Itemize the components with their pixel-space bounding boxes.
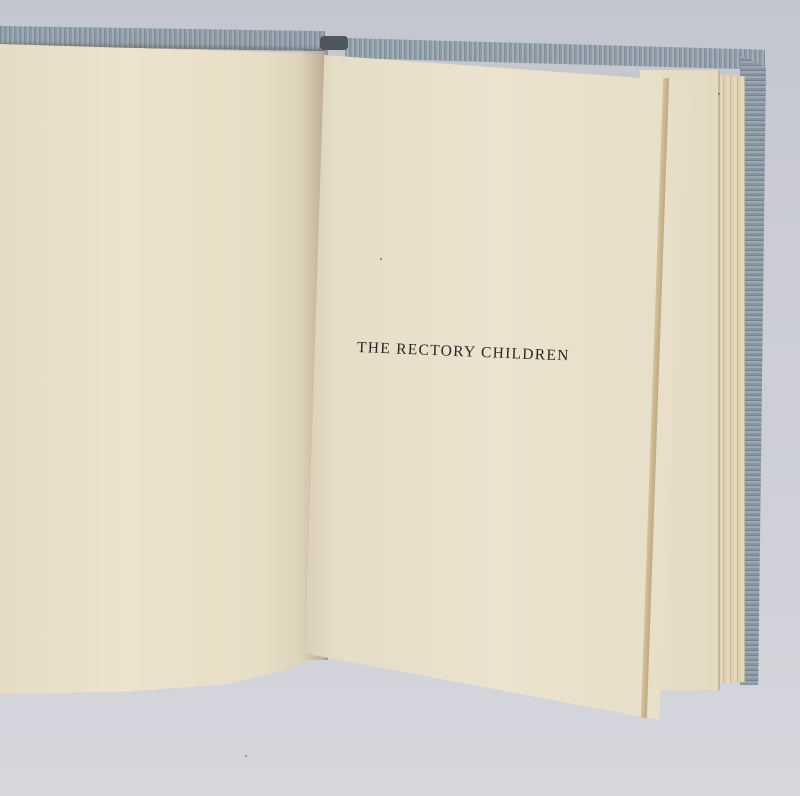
paper-speck <box>380 258 382 260</box>
half-title-page <box>305 55 690 720</box>
surface-speck <box>245 755 247 757</box>
paper-speck <box>718 93 720 95</box>
book-photo: THE RECTORY CHILDREN <box>0 0 800 796</box>
spine-headband <box>320 36 348 50</box>
left-blank-page <box>0 44 325 694</box>
